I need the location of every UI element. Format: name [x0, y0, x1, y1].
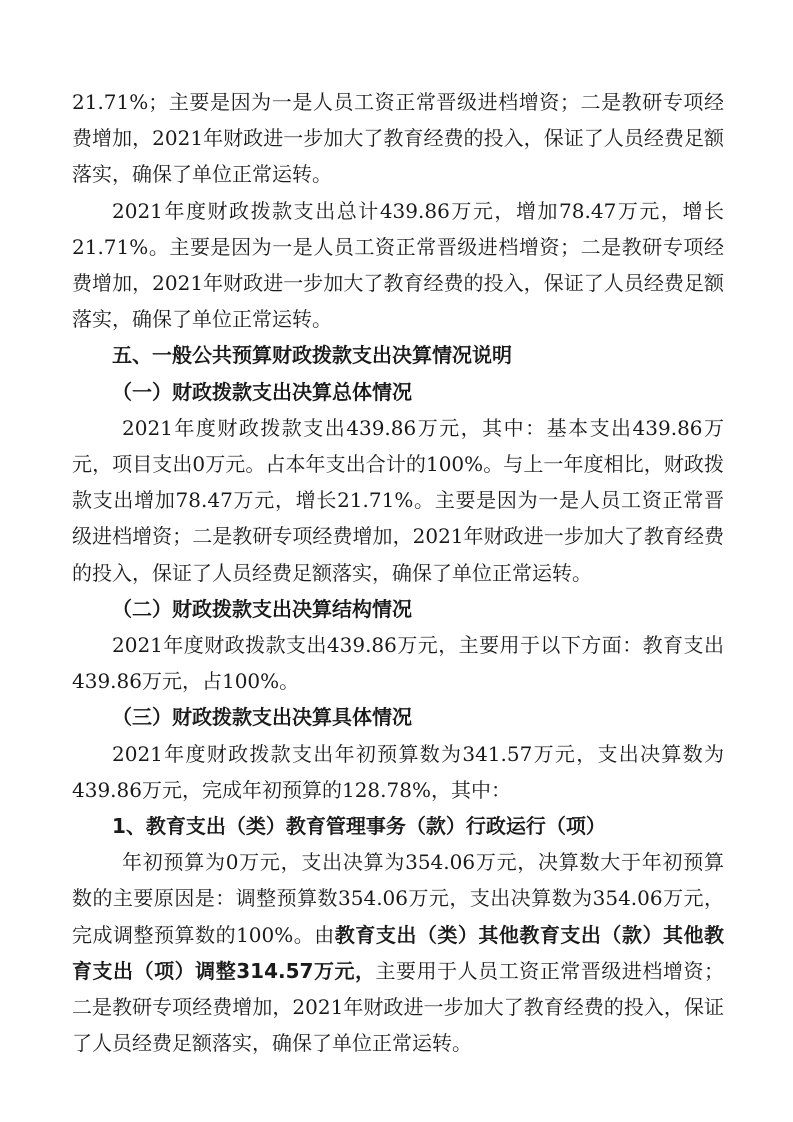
- section-heading-5: 五、一般公共预算财政拨款支出决算情况说明: [72, 337, 724, 373]
- paragraph-structure: 2021年度财政拨款支出439.86万元，主要用于以下方面：教育支出439.86…: [72, 627, 724, 699]
- paragraph-specific: 2021年度财政拨款支出年初预算数为341.57万元，支出决算数为439.86万…: [72, 736, 724, 808]
- paragraph-item-1: 年初预算为0万元，支出决算为354.06万元，决算数大于年初预算数的主要原因是：…: [72, 844, 724, 1061]
- paragraph-total-expenditure: 2021年度财政拨款支出总计439.86万元，增加78.47万元，增长21.71…: [72, 193, 724, 338]
- document-page: 21.71%；主要是因为一是人员工资正常晋级进档增资；二是教研专项经费增加，20…: [72, 84, 724, 1061]
- paragraph-overall: 2021年度财政拨款支出439.86万元，其中：基本支出439.86万元，项目支…: [72, 410, 724, 591]
- item-heading-1: 1、教育支出（类）教育管理事务（款）行政运行（项）: [72, 808, 724, 844]
- subheading-structure: （二）财政拨款支出决算结构情况: [72, 591, 724, 627]
- subheading-specific: （三）财政拨款支出决算具体情况: [72, 699, 724, 735]
- paragraph-continued: 21.71%；主要是因为一是人员工资正常晋级进档增资；二是教研专项经费增加，20…: [72, 84, 724, 193]
- subheading-overall: （一）财政拨款支出决算总体情况: [72, 374, 724, 410]
